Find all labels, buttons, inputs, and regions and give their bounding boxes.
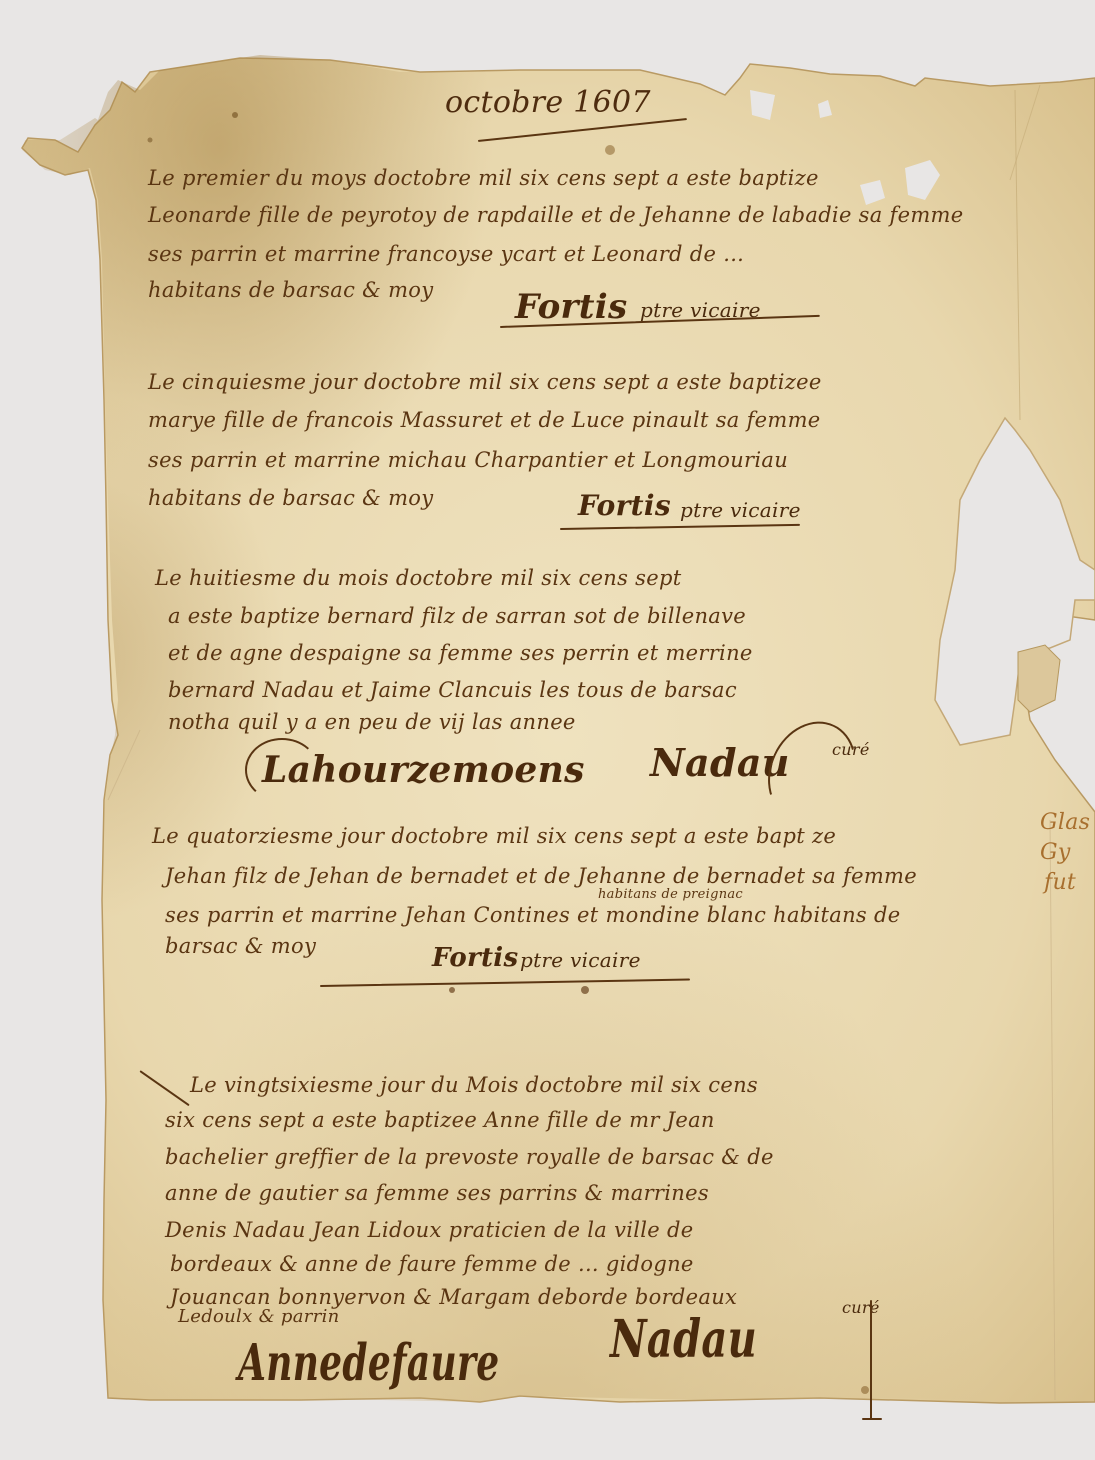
- entry-line: anne de gautier sa femme ses parrins & m…: [165, 1183, 709, 1204]
- entry-line: habitans de barsac & moy: [148, 488, 433, 509]
- signature-cure: curé: [842, 1300, 880, 1316]
- bleed-through-text: [640, 990, 646, 1009]
- entry-line: Le vingtsixiesme jour du Mois doctobre m…: [190, 1075, 758, 1096]
- entry-line: Jehan filz de Jehan de bernadet et de Je…: [165, 866, 917, 887]
- signature-title: vicaire: [730, 500, 801, 520]
- signature-fortis: Fortis: [515, 290, 627, 324]
- document-viewer: octobre 1607 Le premier du moys doctobre…: [0, 0, 1095, 1460]
- entry-line: Denis Nadau Jean Lidoux praticien de la …: [165, 1220, 693, 1241]
- entry-line: et de agne despaigne sa femme ses perrin…: [168, 643, 753, 664]
- signature-mark: ptre: [520, 950, 563, 970]
- entry-line: Le premier du moys doctobre mil six cens…: [148, 168, 819, 189]
- signature-fortis: Fortis: [578, 492, 671, 520]
- entry-line: bachelier greffier de la prevoste royall…: [165, 1147, 774, 1168]
- entry-line: habitans de barsac & moy: [148, 280, 433, 301]
- entry-line: Le quatorziesme jour doctobre mil six ce…: [152, 826, 836, 847]
- signature-nadau: Nadau: [610, 1314, 757, 1366]
- entry-line: a este baptize bernard filz de sarran so…: [168, 606, 746, 627]
- entry-line: notha quil y a en peu de vij las annee: [168, 712, 576, 733]
- interlinear-note: habitans de preignac: [598, 888, 743, 901]
- entry-line: bordeaux & anne de faure femme de ... gi…: [170, 1254, 694, 1275]
- signature-mark: ptre: [680, 500, 723, 520]
- entry-line: six cens sept a este baptizee Anne fille…: [165, 1110, 715, 1131]
- signature-annedefaure: Annedefaure: [238, 1338, 499, 1388]
- signature-cross: [862, 1418, 882, 1420]
- entry-line: Ledoulx & parrin: [178, 1308, 340, 1326]
- entry-line: Le cinquiesme jour doctobre mil six cens…: [148, 372, 822, 393]
- entry-line: ses parrin et marrine francoyse ycart et…: [148, 244, 744, 265]
- signature-stroke: [870, 1300, 872, 1420]
- entry-line: ses parrin et marrine Jehan Contines et …: [165, 905, 900, 926]
- entry-line: barsac & moy: [165, 936, 316, 957]
- signature-flourish: [245, 738, 319, 802]
- entry-line: Jouancan bonnyervon & Margam deborde bor…: [170, 1287, 737, 1308]
- signature-fortis: Fortis: [432, 945, 518, 971]
- entry-line: Leonarde fille de peyrotoy de rapdaille …: [148, 205, 963, 226]
- entry-line: Le huitiesme du mois doctobre mil six ce…: [155, 568, 681, 589]
- entry-line: ses parrin et marrine michau Charpantier…: [148, 450, 788, 471]
- entry-line: bernard Nadau et Jaime Clancuis les tous…: [168, 680, 737, 701]
- signature-title: vicaire: [570, 950, 641, 970]
- signature-mark: ptre: [640, 300, 683, 320]
- entry-line: marye fille de francois Massuret et de L…: [148, 410, 821, 431]
- page-heading: octobre 1607: [445, 88, 651, 118]
